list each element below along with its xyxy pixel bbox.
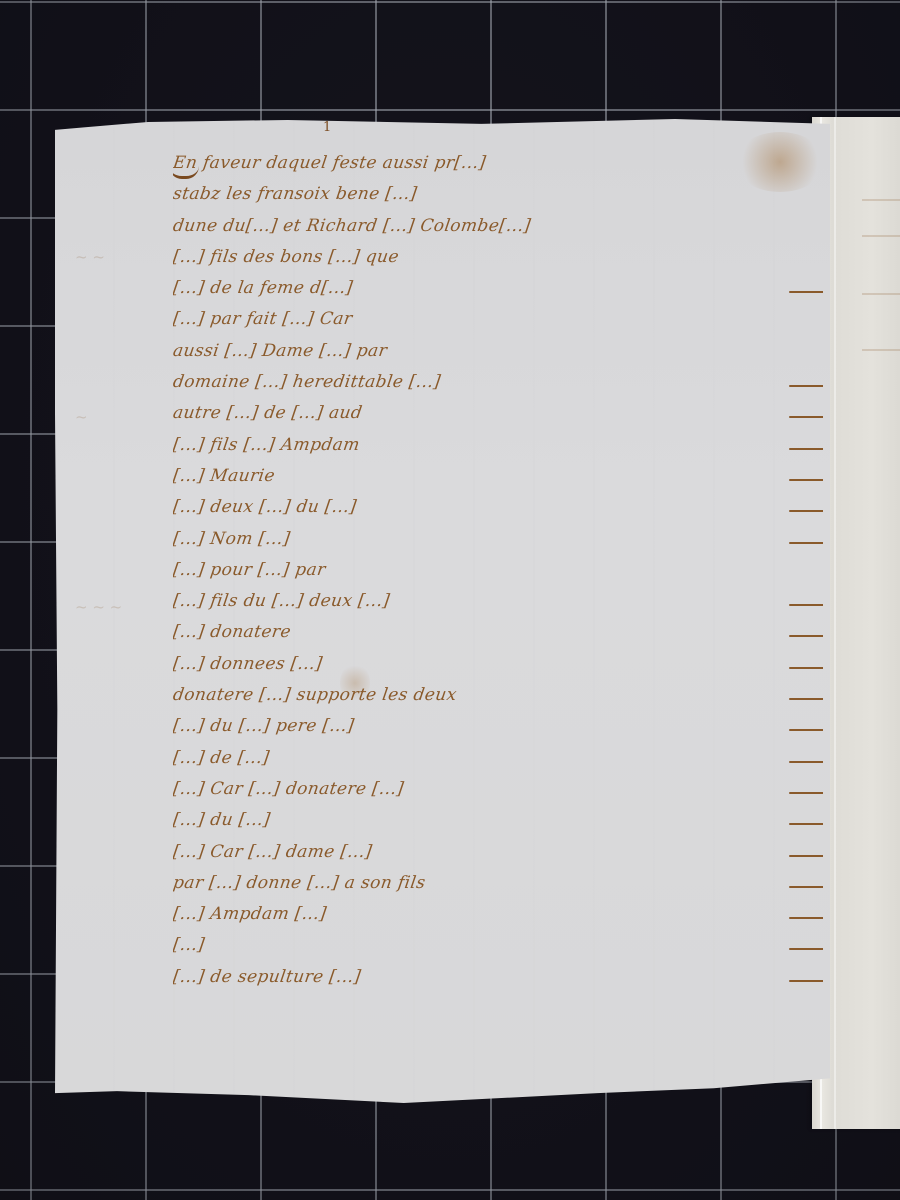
manuscript-line: [...] fils [...] Ampdam [173,430,823,461]
line-filler-dash [789,479,823,481]
manuscript-line: [...] [173,930,823,961]
manuscript-line: [...] du [...] pere [...] [173,711,823,742]
manuscript-line: [...] Car [...] donatere [...] [173,774,823,805]
line-filler-dash [789,416,823,418]
line-filler-dash [789,291,823,293]
line-filler-dash [789,542,823,544]
manuscript-line: [...] Nom [...] [173,524,823,555]
manuscript-line: En faveur daquel feste aussi pr[...] [173,148,823,179]
manuscript-page: ~ ~ ~ ~ ~ ~ 1 En faveur daquel feste aus… [55,118,830,1103]
show-through-ink [862,293,900,295]
line-filler-dash [789,886,823,888]
line-filler-dash [789,448,823,450]
manuscript-line: [...] fils du [...] deux [...] [173,586,823,617]
manuscript-line: [...] deux [...] du [...] [173,492,823,523]
show-through-ink [862,235,900,237]
show-through-ink [862,199,900,201]
manuscript-line: [...] donatere [173,617,823,648]
line-filler-dash [789,729,823,731]
manuscript-line: [...] Ampdam [...] [173,899,823,930]
line-filler-dash [789,604,823,606]
manuscript-line: [...] par fait [...] Car [173,304,823,335]
manuscript-line: [...] de la feme d[...] [173,273,823,304]
line-filler-dash [789,917,823,919]
line-filler-dash [789,948,823,950]
manuscript-line: [...] du [...] [173,805,823,836]
manuscript-line: dune du[...] et Richard [...] Colombe[..… [173,211,823,242]
manuscript-line: par [...] donne [...] a son fils [173,868,823,899]
line-filler-dash [789,510,823,512]
line-filler-dash [789,980,823,982]
manuscript-line: [...] fils des bons [...] que [173,242,823,273]
margin-show-through: ~ [75,408,88,426]
manuscript-text: En faveur daquel feste aussi pr[...] sta… [173,148,823,993]
show-through-ink [862,349,900,351]
manuscript-line: [...] Maurie [173,461,823,492]
manuscript-line: donatere [...] supporte les deux [173,680,823,711]
line-filler-dash [789,792,823,794]
manuscript-line: domaine [...] heredittable [...] [173,367,823,398]
margin-show-through: ~ ~ [75,248,105,266]
manuscript-line: [...] pour [...] par [173,555,823,586]
manuscript-line: [...] de [...] [173,743,823,774]
fold-crease [834,117,836,1129]
line-filler-dash [789,385,823,387]
manuscript-line: [...] de sepulture [...] [173,962,823,993]
line-filler-dash [789,761,823,763]
line-filler-dash [789,635,823,637]
margin-show-through: ~ ~ ~ [75,598,122,616]
manuscript-line: [...] donnees [...] [173,649,823,680]
line-filler-dash [789,698,823,700]
manuscript-line: aussi [...] Dame [...] par [173,336,823,367]
manuscript-line: stabz les fransoix bene [...] [173,179,823,210]
line-filler-dash [789,667,823,669]
manuscript-line: autre [...] de [...] aud [173,398,823,429]
manuscript-line: [...] Car [...] dame [...] [173,837,823,868]
line-filler-dash [789,855,823,857]
page-number: 1 [323,120,331,135]
line-filler-dash [789,823,823,825]
